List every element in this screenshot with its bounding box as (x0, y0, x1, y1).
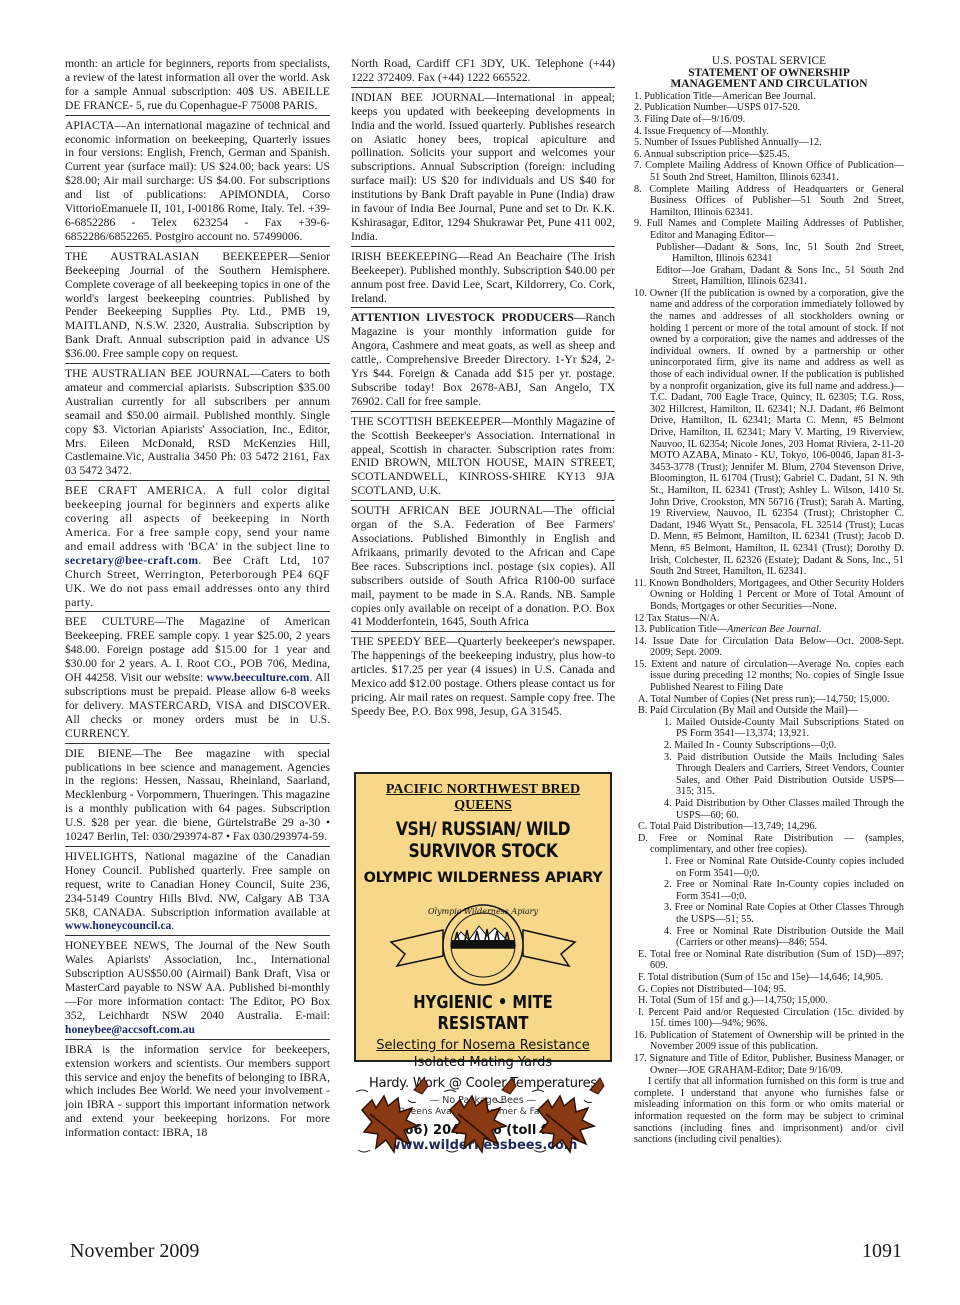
ad-top-banner: PACIFIC NORTHWEST BRED QUEENS (356, 782, 610, 814)
circulation-a: A. Total Number of Copies (Net press run… (634, 694, 904, 706)
listing-title: THE SCOTTISH BEEKEEPER (351, 415, 501, 428)
statement-certification: I certify that all information furnished… (634, 1076, 904, 1146)
apiary-logo-icon: Olympic Wilderness Apiary (383, 890, 583, 990)
item-13-title: American Bee Journal (727, 624, 819, 635)
statement-item-13: 13. Publication Title—American Bee Journ… (634, 624, 904, 636)
listing-body-end: . (171, 919, 174, 932)
circulation-d2: 2. Free or Nominal Rate In-County copies… (634, 879, 904, 902)
autumn-leaf-icon (528, 1070, 614, 1170)
listing-south-african-bee-journal: SOUTH AFRICAN BEE JOURNAL—The official o… (351, 503, 615, 632)
listing-body: —International in appeal; keeps you upda… (351, 91, 615, 243)
email-link[interactable]: secretary@bee-craft.com (65, 554, 198, 567)
listing-attention-livestock: ATTENTION LIVESTOCK PRODUCERS—Ranch Maga… (351, 310, 615, 411)
listing-apiacta: APIACTA—An international magazine of tec… (65, 118, 330, 247)
listing-body: North Road, Cardiff CF1 3DY, UK. Telepho… (351, 57, 615, 84)
statement-title-2: MANAGEMENT AND CIRCULATION (634, 79, 904, 91)
website-link[interactable]: www.honeycouncil.ca (65, 919, 171, 932)
circulation-b3: 3. Paid distribution Outside the Mails I… (634, 752, 904, 798)
statement-item-12: 12 Tax Status—N/A. (634, 613, 904, 625)
circulation-b2: 2. Mailed In - County Subscriptions—0;0. (634, 740, 904, 752)
listing-irish-beekeeping: IRISH BEEKEEPING—Read An Beachaire (The … (351, 249, 615, 309)
listing-hivelights: HIVELIGHTS, National magazine of the Can… (65, 849, 330, 936)
autumn-leaf-icon (352, 1070, 438, 1170)
listing-honeybee-news: HONEYBEE NEWS, The Journal of the New So… (65, 938, 330, 1039)
column-left: month: an article for beginners, reports… (65, 56, 330, 1144)
circulation-e: E. Total free or Nominal Rate distributi… (634, 949, 904, 972)
listing-body: month: an article for beginners, reports… (65, 57, 330, 112)
statement-item-16: 16. Publication of Statement of Ownershi… (634, 1030, 904, 1053)
statement-item-8: 8. Complete Mailing Address of Headquart… (634, 184, 904, 219)
statement-item-4: 4. Issue Frequency of—Monthly. (634, 126, 904, 138)
statement-item-5: 5. Number of Issues Published Annually—1… (634, 137, 904, 149)
issue-date: November 2009 (70, 1240, 199, 1263)
ad-headline-2: SURVIVOR STOCK (379, 840, 587, 862)
listing-australian-bee-journal: THE AUSTRALIAN BEE JOURNAL—Caters to bot… (65, 366, 330, 481)
advertisement-olympic-wilderness: PACIFIC NORTHWEST BRED QUEENS VSH/ RUSSI… (354, 772, 612, 1062)
circulation-h: H. Total (Sum of 15f and g.)—14,750; 15,… (634, 995, 904, 1007)
listing-title: ATTENTION LIVESTOCK PRODUCERS (351, 311, 574, 324)
listing-title: BEE CRAFT AMERICA. (65, 484, 206, 497)
ad-traits: HYGIENIC • MITE RESISTANT (379, 992, 587, 1034)
listing-indian-bee-journal: INDIAN BEE JOURNAL—International in appe… (351, 90, 615, 247)
autumn-leaf-icon (440, 1070, 526, 1170)
page-number: 1091 (862, 1240, 902, 1263)
ad-selecting: Selecting for Nosema Resistance (356, 1038, 610, 1053)
statement-item-1: 1. Publication Title—American Bee Journa… (634, 91, 904, 103)
column-right-statement: U.S. POSTAL SERVICE STATEMENT OF OWNERSH… (634, 56, 904, 1146)
circulation-b: B. Paid Circulation (By Mail and Outside… (634, 705, 904, 717)
listing-title: BEE CULTURE (65, 615, 154, 628)
statement-item-11: 11. Known Bondholders, Mortgagees, and O… (634, 578, 904, 613)
statement-item-10-owner: 10. Owner (If the publication is owned b… (634, 288, 904, 578)
item-13-prefix: 13. Publication Title— (634, 624, 727, 635)
statement-item-7: 7. Complete Mailing Address of Known Off… (634, 160, 904, 183)
listing-title: THE SPEEDY BEE (351, 635, 446, 648)
listing-title: DIE BIENE (65, 747, 132, 760)
listing-speedy-bee: THE SPEEDY BEE—Quarterly beekeeper's new… (351, 634, 615, 720)
listing-body: —The Bee magazine with special publicati… (65, 747, 330, 843)
listing-body: —Senior Beekeeping Journal of the Southe… (65, 250, 330, 360)
statement-agency: U.S. POSTAL SERVICE (634, 56, 904, 68)
statement-editor: Editor—Joe Graham, Dadant & Sons Inc., 5… (634, 265, 904, 288)
listing-die-biene: DIE BIENE—The Bee magazine with special … (65, 746, 330, 847)
item-13-suffix: . (819, 624, 822, 635)
listing-body: —An international magazine of technical … (65, 119, 330, 243)
ad-headline-1: VSH/ RUSSIAN/ WILD (379, 818, 587, 840)
logo-text: Olympic Wilderness Apiary (428, 907, 538, 916)
statement-item-17: 17. Signature and Title of Editor, Publi… (634, 1053, 904, 1076)
listing-title: THE AUSTRALIAN BEE JOURNAL (65, 367, 250, 380)
listing-title: INDIAN BEE JOURNAL (351, 91, 484, 104)
listing-title: IRISH BEEKEEPING (351, 250, 458, 263)
listing-bee-culture: BEE CULTURE—The Magazine of American Bee… (65, 614, 330, 743)
circulation-d3: 3. Free or Nominal Rate Copies at Other … (634, 902, 904, 925)
email-link[interactable]: honeybee@accsoft.com.au (65, 1023, 195, 1036)
statement-item-6: 6. Annual subscription price—$25.45. (634, 149, 904, 161)
listing-ibra-continued: North Road, Cardiff CF1 3DY, UK. Telepho… (351, 56, 615, 88)
column-middle: North Road, Cardiff CF1 3DY, UK. Telepho… (351, 56, 615, 723)
listing-australasian-beekeeper: THE AUSTRALASIAN BEEKEEPER—Senior Beekee… (65, 249, 330, 364)
listing-title: HONEYBEE NEWS (65, 939, 166, 952)
circulation-c: C. Total Paid Distribution—13,749; 14,29… (634, 821, 904, 833)
listing-title: SOUTH AFRICAN BEE JOURNAL (351, 504, 543, 517)
decorative-leaves (352, 1070, 614, 1180)
listing-abeille-de-france: month: an article for beginners, reports… (65, 56, 330, 116)
listing-body: —Ranch Magazine is your monthly informat… (351, 311, 615, 407)
listing-bee-craft-america: BEE CRAFT AMERICA. A full color digital … (65, 483, 330, 612)
listing-body: —The official organ of the S.A. Federati… (351, 504, 615, 628)
circulation-b4: 4. Paid Distribution by Other Classes ma… (634, 798, 904, 821)
circulation-f: F. Total distribution (Sum of 15c and 15… (634, 972, 904, 984)
statement-publisher: Publisher—Dadant & Sons, Inc, 51 South 2… (634, 242, 904, 265)
listing-title: HIVELIGHTS (65, 850, 134, 863)
listing-ibra: IBRA is the information service for beek… (65, 1042, 330, 1142)
circulation-d1: 1. Free or Nominal Rate Outside-County c… (634, 856, 904, 879)
circulation-d: D. Free or Nominal Rate Distribution — (… (634, 833, 904, 856)
statement-item-15: 15. Extent and nature of circulation—Ave… (634, 659, 904, 694)
listing-scottish-beekeeper: THE SCOTTISH BEEKEEPER—Monthly Magazine … (351, 414, 615, 501)
listing-body: —Caters to both amateur and commercial a… (65, 367, 330, 477)
listing-title: THE AUSTRALASIAN BEEKEEPER (65, 250, 288, 263)
statement-item-3: 3. Filing Date of—9/16/09. (634, 114, 904, 126)
statement-item-14: 14. Issue Date for Circulation Data Belo… (634, 636, 904, 659)
listing-body: IBRA is the information service for beek… (65, 1043, 330, 1139)
statement-item-2: 2. Publication Number—USPS 017-520. (634, 102, 904, 114)
statement-item-9: 9. Full Names and Complete Mailing Addre… (634, 218, 904, 241)
circulation-b1: 1. Mailed Outside-County Mail Subscripti… (634, 717, 904, 740)
circulation-i: I. Percent Paid and/or Requested Circula… (634, 1007, 904, 1030)
ad-isolated: Isolated Mating Yards (356, 1055, 610, 1070)
ad-company-name: OLYMPIC WILDERNESS APIARY (356, 870, 610, 886)
circulation-g: G. Copies not Distributed—104; 95. (634, 984, 904, 996)
website-link[interactable]: www.beeculture.com (207, 671, 310, 684)
listing-title: APIACTA (65, 119, 114, 132)
circulation-d4: 4. Free or Nominal Rate Distribution Out… (634, 926, 904, 949)
